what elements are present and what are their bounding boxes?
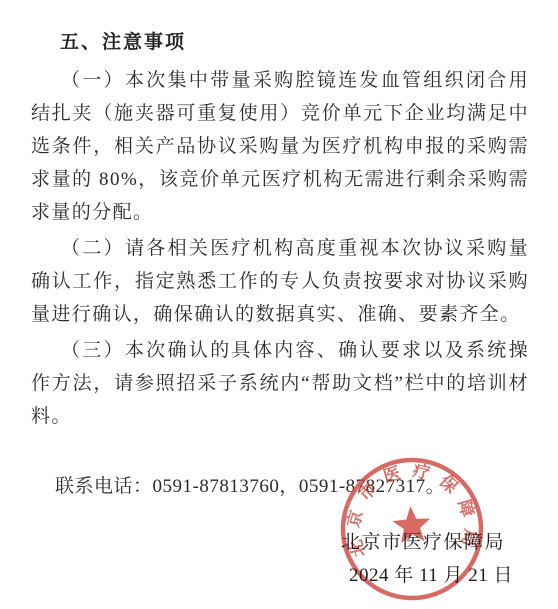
issue-date: 2024 年 11 月 21 日 xyxy=(349,560,513,587)
document-page: 五、注意事项 （一）本次集中带量采购腔镜连发血管组织闭合用结扎夹（施夹器可重复使… xyxy=(0,0,558,609)
paragraph-item-3: （三）本次确认的具体内容、确认要求以及系统操作方法，请参照招采子系统内“帮助文档… xyxy=(31,334,529,433)
paragraph-item-2: （二）请各相关医疗机构高度重视本次协议采购量确认工作，指定熟悉工作的专人负责按要… xyxy=(31,232,529,331)
issuer-name: 北京市医疗保障局 xyxy=(341,527,505,554)
contact-phone-line: 联系电话：0591-87813760，0591-87827317。 xyxy=(31,470,529,503)
paragraph-item-1: （一）本次集中带量采购腔镜连发血管组织闭合用结扎夹（施夹器可重复使用）竞价单元下… xyxy=(31,64,529,229)
section-heading: 五、注意事项 xyxy=(60,27,529,54)
document-body: （一）本次集中带量采购腔镜连发血管组织闭合用结扎夹（施夹器可重复使用）竞价单元下… xyxy=(31,64,529,503)
